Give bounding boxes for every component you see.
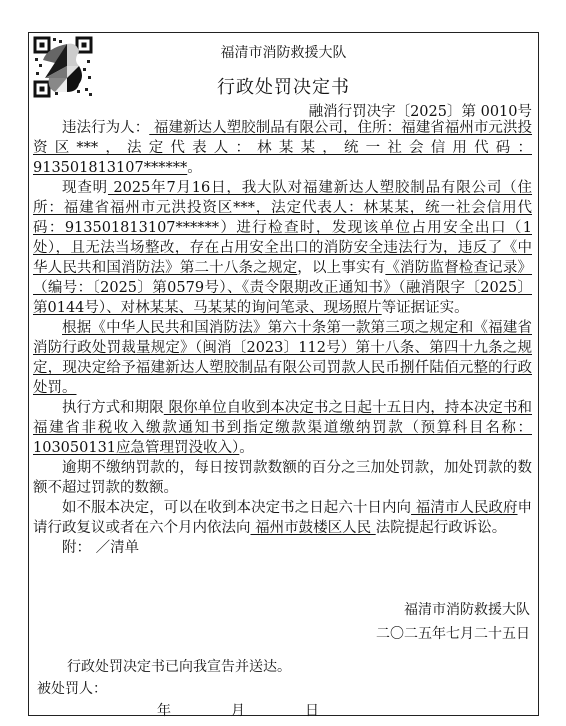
year-label: 年: [157, 700, 171, 720]
recipient-label: 被处罚人：: [37, 678, 107, 698]
attachment-paragraph: 附： ／清单: [33, 538, 532, 558]
overdue-paragraph: 逾期不缴纳罚款的，每日按罚款数额的百分之三加处罚款，加处罚款的数额不超过罚款的数…: [33, 458, 532, 498]
appeal-government: 福清市人民政府: [411, 500, 517, 516]
month-label: 月: [231, 700, 245, 720]
execution-paragraph: 执行方式和期限 限你单位自收到本决定书之日起十五日内，持本决定书和福建省非税收入…: [33, 398, 532, 458]
day-label: 日: [305, 700, 319, 720]
issuer-heading: 福清市消防救援大队: [29, 42, 538, 62]
acknowledgement-text: 行政处罚决定书已向我宣告并送达。: [67, 656, 291, 676]
signature-date: 二〇二五年七月二十五日: [376, 623, 530, 643]
appeal-court: 福州市鼓楼区人民: [251, 520, 376, 536]
facts-paragraph: 现查明 2025年7月16日，我大队对福建新达人塑胶制品有限公司（住所：福建省福…: [33, 178, 532, 318]
appeal-paragraph: 如不服本决定，可以在收到本决定书之日起六十日内向 福清市人民政府申请行政复议或者…: [33, 498, 532, 538]
party-label: 违法行为人：: [62, 120, 149, 136]
document-body: 违法行为人： 福建新达人塑胶制品有限公司，住所：福建省福州市元洪投资区***，法…: [33, 118, 532, 558]
decision-value: 根据《中华人民共和国消防法》第六十条第一款第三项之规定和《福建省消防行政处罚裁量…: [33, 320, 532, 396]
attachment-label: 附：: [62, 540, 91, 556]
party-paragraph: 违法行为人： 福建新达人塑胶制品有限公司，住所：福建省福州市元洪投资区***，法…: [33, 118, 532, 178]
document-title: 行政处罚决定书: [29, 73, 538, 99]
penalty-decision-document: 福清市消防救援大队 行政处罚决定书 融消行罚决字〔2025〕第 0010号 违法…: [28, 32, 539, 716]
recipient-date: 年月日: [157, 700, 319, 720]
decision-paragraph: 根据《中华人民共和国消防法》第六十条第一款第三项之规定和《福建省消防行政处罚裁量…: [33, 318, 532, 398]
attachment-value: ／清单: [96, 540, 140, 556]
signature-issuer: 福清市消防救援大队: [404, 599, 530, 619]
facts-label: 现查明: [62, 180, 108, 196]
execution-label: 执行方式和期限: [62, 400, 164, 416]
